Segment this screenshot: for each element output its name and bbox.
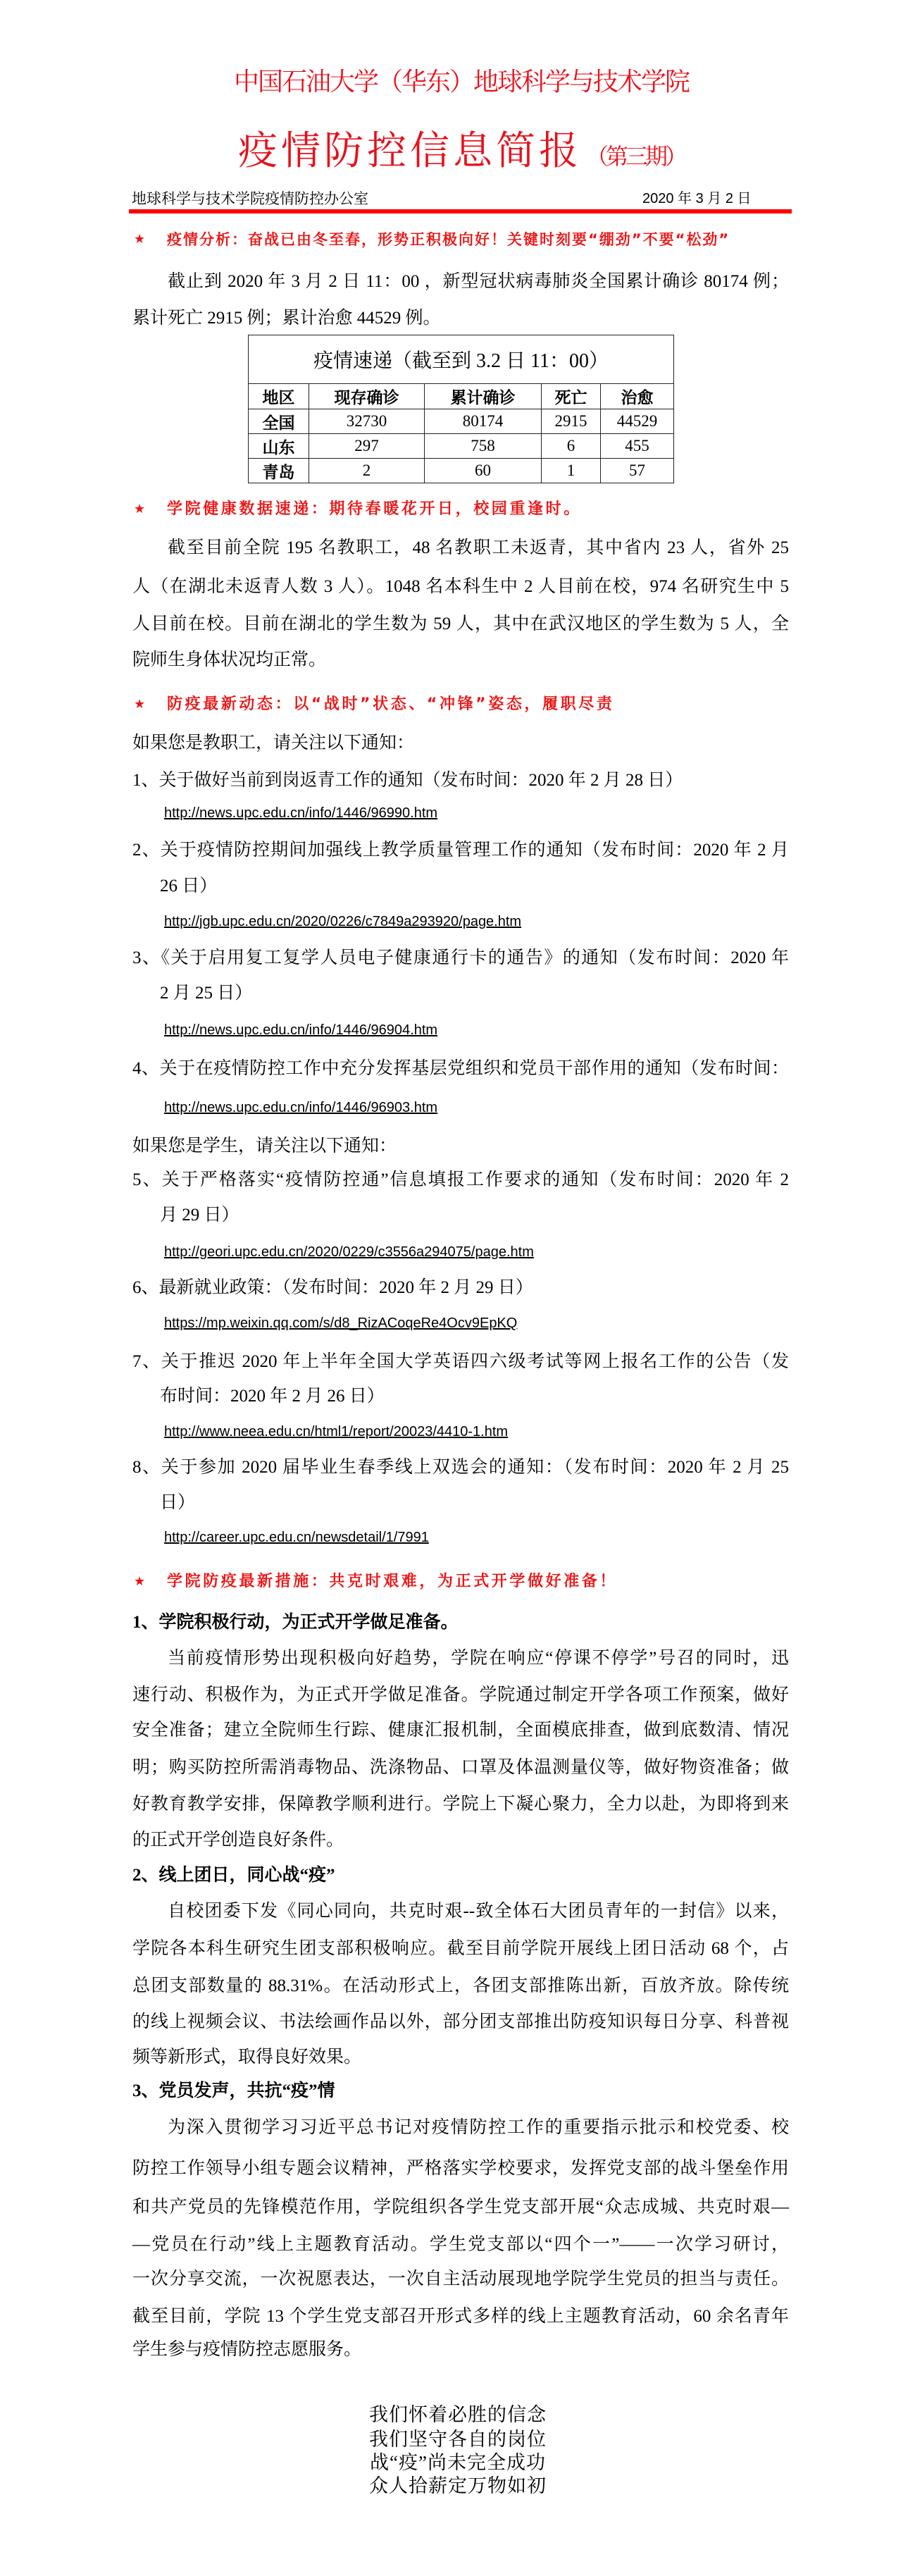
value-cell: 80174 — [425, 409, 542, 434]
bulletin-page: 中国石油大学（华东）地球科学与技术学院 疫情防控信息简报（第三期） 地球科学与技… — [0, 0, 915, 2576]
notice-item-5-cont: 月 29 日） — [160, 1201, 789, 1230]
paragraph-line: 院师生身体状况均正常。 — [132, 646, 789, 674]
notice-item-5: 5、关于严格落实“疫情防控通”信息填报工作要求的通知（发布时间：2020 年 2 — [132, 1166, 789, 1194]
paragraph-line: 学生参与疫情防控志愿服务。 — [132, 2336, 789, 2364]
issue-date: 2020 年 3 月 2 日 — [642, 189, 752, 209]
notice-item-6: 6、最新就业政策：（发布时间：2020 年 2 月 29 日） — [132, 1274, 789, 1302]
notice-item-7: 7、关于推迟 2020 年上半年全国大学英语四六级考试等网上报名工作的公告（发 — [132, 1348, 789, 1376]
value-cell: 2 — [309, 459, 425, 483]
value-cell: 32730 — [309, 409, 425, 434]
paragraph-line: 当前疫情形势出现积极向好趋势，学院在响应“停课不停学”号召的同时，迅 — [168, 1645, 789, 1673]
notice-item-8: 8、关于参加 2020 届毕业生春季线上双选会的通知：（发布时间：2020 年 … — [132, 1454, 789, 1482]
star-icon: ★ — [134, 228, 145, 251]
value-cell: 6 — [542, 434, 601, 459]
bulletin-title: 疫情防控信息简报 — [238, 128, 582, 174]
paragraph-line: 累计死亡 2915 例；累计治愈 44529 例。 — [132, 304, 789, 333]
notice-item-8-cont: 日） — [160, 1489, 789, 1517]
region-cell: 青岛 — [249, 459, 309, 483]
paragraph-line: 截至目前，学院 13 个学生党支部召开形式多样的线上主题教育活动，60 余名青年 — [132, 2303, 789, 2331]
column-header: 累计确诊 — [425, 384, 542, 409]
column-header: 死亡 — [542, 384, 601, 409]
paragraph-line: 自校团委下发《同心同向，共克时艰--致全体石大团员青年的一封信》以来， — [168, 1897, 789, 1926]
notice-link-4[interactable]: http://news.upc.edu.cn/info/1446/96903.h… — [164, 1097, 437, 1118]
value-cell: 758 — [425, 434, 542, 459]
paragraph-line: 速行动、积极作为，为正式开学做足准备。学院通过制定开学各项工作预案，做好 — [132, 1681, 789, 1709]
section-heading-analysis: ★ 疫情分析：奋战已由冬至春，形势正积极向好！关键时刻要“绷劲”不要“松劲” — [132, 228, 795, 251]
notice-item-3: 3、《关于启用复工复学人员电子健康通行卡的通告》的通知（发布时间：2020 年 — [132, 944, 789, 972]
column-header: 现存确诊 — [309, 384, 425, 409]
paragraph-line: 人目前在校。目前在湖北的学生数为 59 人，其中在武汉地区的学生数为 5 人，全 — [132, 610, 789, 638]
poem-line: 我们怀着必胜的信念 — [282, 2403, 634, 2427]
measure-title-3: 3、党员发声，共抗“疫”情 — [132, 2077, 789, 2105]
notice-link-1[interactable]: http://news.upc.edu.cn/info/1446/96990.h… — [164, 803, 437, 824]
star-icon: ★ — [134, 1571, 145, 1593]
star-icon: ★ — [134, 498, 145, 521]
paragraph-line: 防控工作领导小组专题会议精神，严格落实学校要求，发挥党支部的战斗堡垒作用 — [132, 2155, 789, 2183]
student-notices-intro: 如果您是学生，请关注以下通知： — [132, 1132, 789, 1160]
measure-title-1: 1、学院积极行动，为正式开学做足准备。 — [132, 1609, 789, 1637]
masthead-divider — [129, 209, 792, 213]
table-row: 山东 297 758 6 455 — [249, 434, 674, 459]
epidemic-stats-table: 疫情速递（截至到 3.2 日 11：00） 地区 现存确诊 累计确诊 死亡 治愈… — [248, 335, 674, 483]
paragraph-line: 和共产党员的先锋模范作用，学院组织各学生党支部开展“众志成城、共克时艰— — [132, 2193, 789, 2222]
issuing-office: 地球科学与技术学院疫情防控办公室 — [132, 189, 368, 209]
paragraph-line: 截至目前全院 195 名教职工，48 名教职工未返青，其中省内 23 人，省外 … — [168, 534, 789, 562]
notice-item-4: 4、关于在疫情防控工作中充分发挥基层党组织和党员干部作用的通知（发布时间： — [132, 1055, 789, 1083]
paragraph-line: 好教育教学安排，保障教学顺利进行。学院上下凝心聚力，全力以赴，为即将到来 — [132, 1790, 789, 1819]
paragraph-line: 的正式开学创造良好条件。 — [132, 1826, 789, 1854]
region-cell: 全国 — [249, 409, 309, 434]
section-heading-updates: ★ 防疫最新动态：以“战时”状态、“冲锋”姿态，履职尽责 — [132, 693, 795, 716]
value-cell: 2915 — [542, 409, 601, 434]
paragraph-line: 总团支部数量的 88.31%。在活动形式上，各团支部推陈出新，百放齐放。除传统 — [132, 1972, 789, 2000]
notice-link-3[interactable]: http://news.upc.edu.cn/info/1446/96904.h… — [164, 1020, 437, 1041]
star-icon: ★ — [134, 693, 145, 716]
masthead-title: 疫情防控信息简报（第三期） — [211, 130, 711, 173]
paragraph-line: 的线上视频会议、书法绘画作品以外，部分团支部推出防疫知识每日分享、科普视 — [132, 2008, 789, 2036]
table-row: 全国 32730 80174 2915 44529 — [249, 409, 674, 434]
heading-text: 学院健康数据速递：期待春暖花开日，校园重逢时。 — [167, 498, 582, 521]
table-header-row: 地区 现存确诊 累计确诊 死亡 治愈 — [249, 384, 674, 409]
value-cell: 455 — [601, 434, 674, 459]
heading-text: 防疫最新动态：以“战时”状态、“冲锋”姿态，履职尽责 — [167, 693, 614, 716]
column-header: 治愈 — [601, 384, 674, 409]
masthead-institution: 中国石油大学（华东）地球科学与技术学院 — [211, 67, 711, 98]
value-cell: 297 — [309, 434, 425, 459]
notice-item-7-cont: 布时间：2020 年 2 月 26 日） — [160, 1382, 789, 1411]
paragraph-line: 学院各本科生研究生团支部积极响应。截至目前学院开展线上团日活动 68 个，占 — [132, 1935, 789, 1963]
paragraph-line: 截止到 2020 年 3 月 2 日 11：00 ，新型冠状病毒肺炎全国累计确诊… — [168, 268, 789, 296]
paragraph-line: 人（在湖北未返青人数 3 人）。1048 名本科生中 2 人目前在校，974 名… — [132, 573, 789, 601]
notice-link-5[interactable]: http://geori.upc.edu.cn/2020/0229/c3556a… — [164, 1241, 534, 1263]
poem-line: 众人拾薪定万物如初 — [282, 2474, 634, 2498]
notice-link-8[interactable]: http://career.upc.edu.cn/newsdetail/1/79… — [164, 1527, 429, 1548]
issue-number: （第三期） — [586, 143, 685, 170]
section-heading-measures: ★ 学院防疫最新措施：共克时艰难，为正式开学做好准备！ — [132, 1571, 795, 1593]
paragraph-line: 明；购买防控所需消毒物品、洗涤物品、口罩及体温测量仪等，做好物资准备；做 — [132, 1754, 789, 1782]
section-heading-health: ★ 学院健康数据速递：期待春暖花开日，校园重逢时。 — [132, 498, 795, 521]
value-cell: 60 — [425, 459, 542, 483]
value-cell: 57 — [601, 459, 674, 483]
notice-item-1: 1、关于做好当前到岗返青工作的通知（发布时间：2020 年 2 月 28 日） — [132, 767, 789, 795]
region-cell: 山东 — [249, 434, 309, 459]
value-cell: 44529 — [601, 409, 674, 434]
value-cell: 1 — [542, 459, 601, 483]
notice-item-3-cont: 2 月 25 日） — [160, 979, 789, 1008]
paragraph-line: 安全准备；建立全院师生行踪、健康汇报机制，全面模底排查，做到底数清、情况 — [132, 1716, 789, 1745]
paragraph-line: 频等新形式，取得良好效果。 — [132, 2043, 789, 2072]
table-row: 青岛 2 60 1 57 — [249, 459, 674, 483]
notice-link-7[interactable]: http://www.neea.edu.cn/html1/report/2002… — [164, 1421, 508, 1442]
measure-title-2: 2、线上团日，同心战“疫” — [132, 1862, 789, 1890]
notice-link-6[interactable]: https://mp.weixin.qq.com/s/d8_RizACoqeRe… — [164, 1313, 517, 1334]
heading-text: 疫情分析：奋战已由冬至春，形势正积极向好！关键时刻要“绷劲”不要“松劲” — [167, 228, 730, 251]
poem-line: 我们坚守各自的岗位 — [282, 2427, 634, 2451]
staff-notices-intro: 如果您是教职工，请关注以下通知： — [132, 729, 789, 757]
notice-link-2[interactable]: http://jgb.upc.edu.cn/2020/0226/c7849a29… — [164, 911, 521, 932]
column-header: 地区 — [249, 384, 309, 409]
paragraph-line: 一次分享交流，一次祝愿表达，一次自主活动展现地学院学生党员的担当与责任。 — [132, 2265, 789, 2293]
table-title: 疫情速递（截至到 3.2 日 11：00） — [249, 335, 674, 384]
notice-item-2: 2、关于疫情防控期间加强线上教学质量管理工作的通知（发布时间：2020 年 2 … — [132, 836, 789, 865]
poem-line: 战“疫”尚未完全成功 — [282, 2451, 634, 2475]
heading-text: 学院防疫最新措施：共克时艰难，为正式开学做好准备！ — [167, 1571, 618, 1593]
notice-item-2-cont: 26 日） — [160, 872, 789, 900]
paragraph-line: 为深入贯彻学习习近平总书记对疫情防控工作的重要指示批示和校党委、校 — [168, 2114, 789, 2142]
paragraph-line: —党员在行动”线上主题教育活动。学生党支部以“四个一”——一次学习研讨， — [132, 2231, 789, 2259]
